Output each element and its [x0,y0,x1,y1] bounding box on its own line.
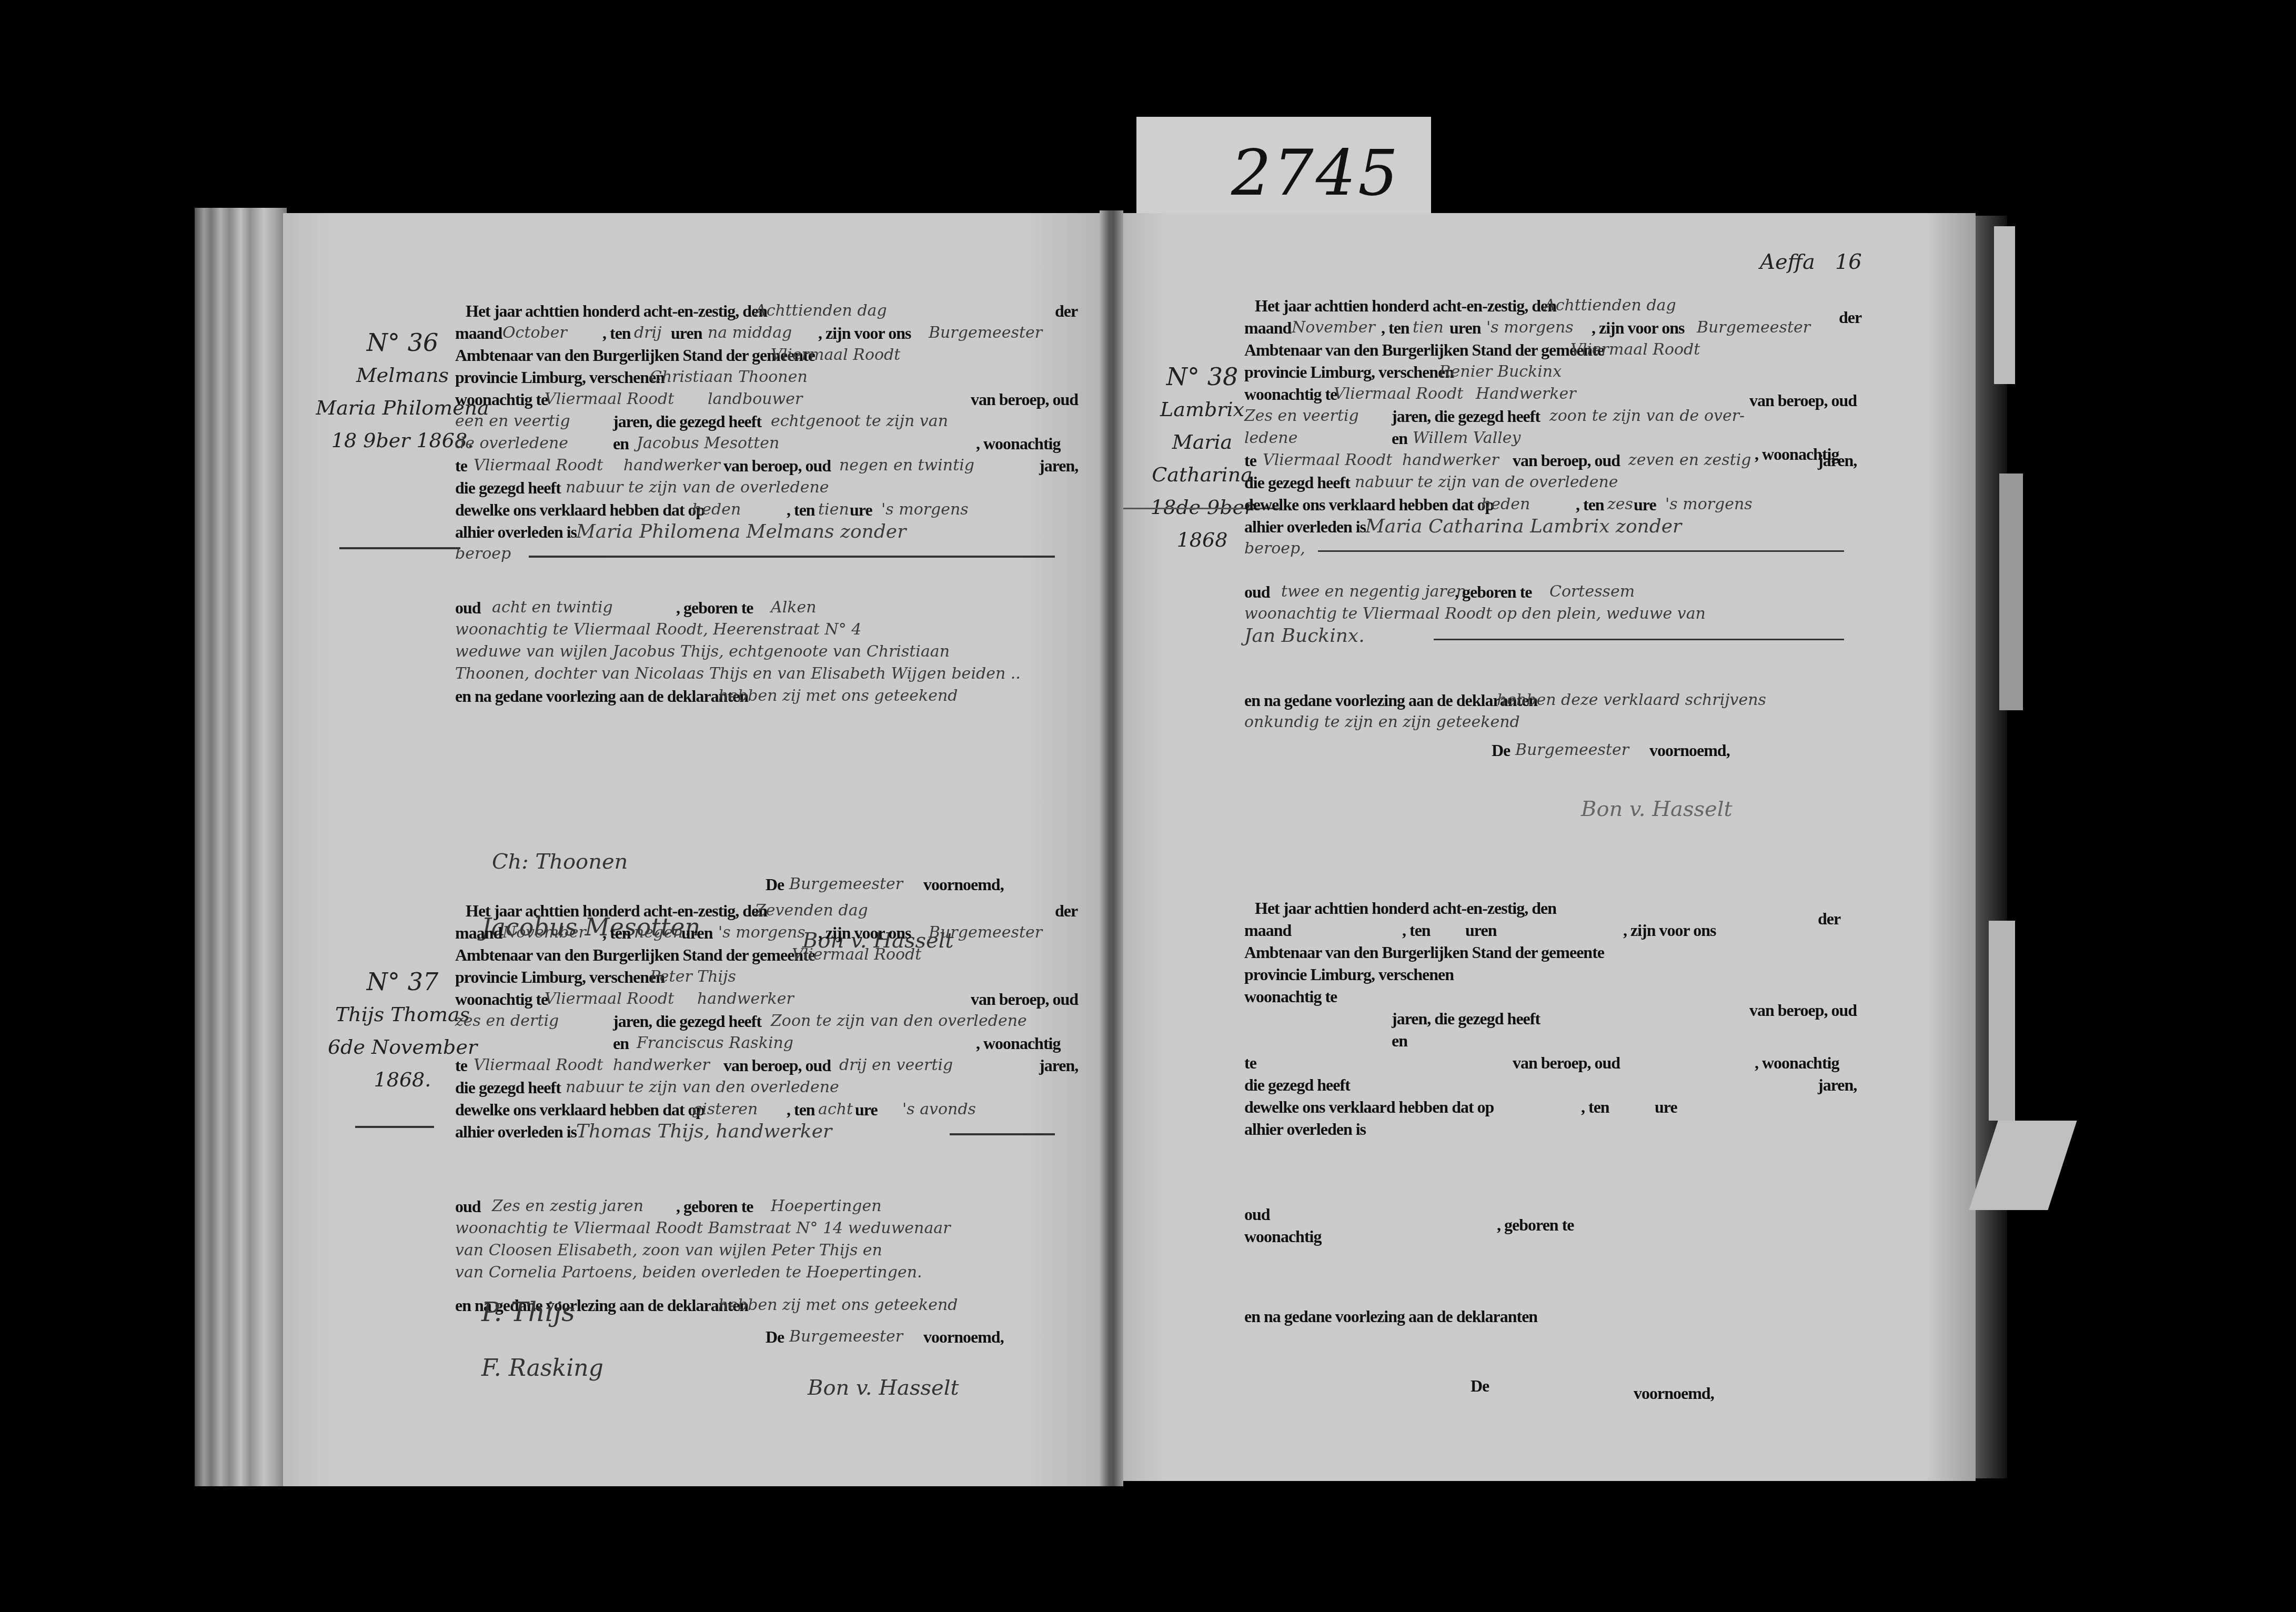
printed-text: , ten [1576,493,1604,516]
printed-text: alhier overleden is [455,1121,577,1143]
folio-number: 16 [1835,250,1862,274]
printed-text: Het jaar achttien honderd acht-en-zestig… [1255,897,1556,919]
relation-field: echtgenoot te zijn van [771,410,948,432]
death-day-field: heden [1481,493,1530,516]
printed-text: , zijn voor ons [818,922,911,944]
declarant1-field: Peter Thijs [650,966,736,988]
printed-text: , ten [602,322,631,344]
deceased-age-field: acht en twintig [492,597,613,619]
printed-text: maand [455,322,502,344]
printed-text: De [1492,739,1510,761]
printed-text: die gezegd heeft [455,1076,561,1099]
printed-text: en na gedane voorlezing aan de deklarant… [455,685,748,707]
torn-paper-edge [1994,226,2015,384]
record-37: Het jaar achttien honderd acht-en-zestig… [455,900,1076,1316]
printed-text: ure [855,1099,878,1121]
day-field: Achttienden dag [1544,295,1676,317]
age-field: Zes en veertig [1244,405,1359,427]
printed-text: , ten [787,499,815,521]
printed-text: der [1839,306,1861,328]
printed-text: dewelke ons verklaard hebben dat op [1244,1096,1494,1118]
record-38: Het jaar achttien honderd acht-en-zestig… [1244,295,1855,733]
signing-note-cont-field: onkundig te zijn en zijn geteekend [1244,711,1520,733]
death-day-field: heden [692,499,741,521]
time-of-day-field: 's morgens [718,922,805,944]
printed-text: De [1471,1375,1489,1397]
printed-text: , ten [787,1099,815,1121]
printed-text: van beroep, oud [723,455,831,477]
printed-text: dewelke ons verklaard hebben dat op [455,1099,704,1121]
printed-text: ure [1655,1096,1677,1118]
printed-text: dewelke ons verklaard hebben dat op [1244,493,1494,516]
hour-field: negen [634,922,683,944]
printed-text: te [1244,1052,1256,1074]
printed-text: Ambtenaar van den Burgerlijken Stand der… [1244,339,1604,361]
printed-text: provincie Limburg, verschenen [1244,361,1454,383]
official-field: Burgemeester [929,322,1042,344]
printed-text: van beroep, oud [971,988,1078,1010]
fill-line [1318,550,1844,552]
printed-text: ure [1634,493,1656,516]
printed-text: jaren, die gezegd heeft [613,410,761,432]
printed-text: , zijn voor ons [1592,317,1684,339]
printed-text: uren [681,922,712,944]
printed-text: woonachtig te [455,388,548,410]
death-hour-field: acht [818,1099,853,1121]
family-field: Thoonen, dochter van Nicolaas Thijs en v… [455,663,1021,685]
printed-text: oud [455,597,481,619]
official-field: Burgemeester [1697,317,1810,339]
printed-text: en na gedane voorlezing aan de deklarant… [1244,689,1537,711]
blank-record-form: Het jaar achttien honderd acht-en-zestig… [1244,897,1855,1397]
printed-text: Ambtenaar van den Burgerlijken Stand der… [1244,941,1604,963]
relation-field: nabuur te zijn van den overledene [566,1076,839,1099]
municipality-field: Vliermaal Roodt [771,344,900,366]
residence-field: Vliermaal Roodt [545,388,674,410]
residence-field: Vliermaal Roodt [474,1054,603,1076]
printed-text: jaren, [1818,1074,1857,1096]
printed-text: voornoemd, [923,873,1004,895]
day-field: Zevenden dag [755,900,868,922]
signing-note-field: hebben zij met ons geteekend [718,685,958,707]
municipality-field: Vliermaal Roodt [792,944,921,966]
printed-text: van beroep, oud [723,1054,831,1076]
death-time-field: 's avonds [902,1099,976,1121]
printed-text: die gezegd heeft [455,477,561,499]
printed-text: alhier overleden is [455,521,577,543]
signing-note-field: hebben deze verklaard schrijvens [1497,689,1766,711]
left-page: N° 36 Melmans Maria Philomena 18 9ber 18… [281,213,1102,1486]
month-field: November [502,922,586,944]
printed-text: , geboren te [1455,581,1532,603]
printed-text: en na gedane voorlezing aan de deklarant… [1244,1305,1537,1327]
printed-text: jaren, [1039,1054,1078,1076]
printed-text: maand [455,922,502,944]
printed-text: jaren, [1039,455,1078,477]
declarant2-field: Willem Valley [1413,427,1521,449]
deceased-residence-field: woonachtig te Vliermaal Roodt op den ple… [1244,603,1706,625]
printed-text: ure [850,499,872,521]
printed-text: en [1392,1030,1407,1052]
printed-text: jaren, die gezegd heeft [1392,405,1540,427]
printed-text: dewelke ons verklaard hebben dat op [455,499,704,521]
deceased-name-field: Maria Catharina Lambrix zonder [1365,516,1681,538]
relation-cont-field: de overledene [455,432,568,455]
printed-text: alhier overleden is [1244,1118,1366,1140]
torn-paper-edge [1989,921,2015,1121]
printed-text: van beroep, oud [1513,1052,1620,1074]
archive-number: 2745 [1231,137,1400,210]
signature-mayor: Bon v. Hasselt [808,1376,959,1400]
margin-underline [339,547,460,549]
deceased-age-field: Zes en zestig jaren [492,1195,643,1217]
deceased-name-field: Thomas Thijs, handwerker [576,1121,832,1143]
printed-text: , geboren te [676,597,753,619]
relation-field: zoon te zijn van de over- [1549,405,1745,427]
printed-text: woonachtig te [1244,985,1337,1007]
declarant2-field: Jacobus Mesotten [637,432,779,455]
hour-field: drij [634,322,661,344]
time-of-day-field: 's morgens [1486,317,1574,339]
mayor-title-field: Burgemeester [1515,739,1629,761]
printed-text: der [1055,900,1077,922]
family-field: weduwe van wijlen Jacobus Thijs, echtgen… [455,641,950,663]
relation-field: nabuur te zijn van de overledene [566,477,829,499]
municipality-field: Vliermaal Roodt [1570,339,1700,361]
occupation-field: handwerker [623,455,720,477]
printed-text: jaren, die gezegd heeft [1392,1007,1540,1030]
relation-cont-field: ledene [1244,427,1297,449]
signing-note-field: hebben zij met ons geteekend [718,1294,958,1316]
folio-initials: Aeffa [1760,250,1815,274]
printed-text: woonachtig te [455,988,548,1010]
fill-line [1434,639,1844,640]
printed-text: Ambtenaar van den Burgerlijken Stand der… [455,944,815,966]
death-time-field: 's morgens [881,499,969,521]
printed-text: De [766,873,784,895]
margin-rule [281,213,283,1486]
book-gutter [1100,210,1123,1486]
printed-text: Ambtenaar van den Burgerlijken Stand der… [455,344,815,366]
printed-text: Het jaar achttien honderd acht-en-zestig… [466,900,767,922]
microfilm-scan: 2745 N° 36 Melmans Maria Philomena 18 9b… [0,0,2296,1612]
mayor-title-field: Burgemeester [789,1326,903,1348]
occupation-field: Handwerker [1476,383,1576,405]
occupation-field: landbouwer [708,388,802,410]
deceased-residence-field: woonachtig te Vliermaal Roodt, Heerenstr… [455,619,861,641]
record-36: Het jaar achttien honderd acht-en-zestig… [455,300,1076,707]
family-field: van Cloosen Elisabeth, zoon van wijlen P… [455,1240,882,1262]
page-edges [195,208,287,1486]
birthplace-field: Cortessem [1549,581,1635,603]
residence-field: Vliermaal Roodt [1334,383,1463,405]
family-field: Jan Buckinx. [1244,625,1365,647]
torn-paper-edge [1999,473,2023,710]
printed-text: die gezegd heeft [1244,1074,1350,1096]
printed-text: , zijn voor ons [818,322,911,344]
right-page: Aeffa 16 N° 38 Lambrix Maria Catharina 1… [1123,213,1976,1481]
family-field: van Cornelia Partoens, beiden overleden … [455,1262,922,1284]
printed-text: en [613,432,629,455]
printed-text: der [1055,300,1077,322]
printed-text: maand [1244,919,1291,941]
relation-field: nabuur te zijn van de overledene [1355,471,1618,493]
day-field: Achttienden dag [755,300,887,322]
printed-text: provincie Limburg, verschenen [455,366,664,388]
folio-mark: Aeffa 16 [1760,250,1862,274]
printed-text: uren [671,322,702,344]
death-hour-field: tien [818,499,849,521]
age-field: negen en twintig [839,455,974,477]
fill-line [529,556,1055,558]
printed-text: , zijn voor ons [1623,919,1716,941]
signature-declarant1: P. Thijs [481,1297,575,1327]
printed-text: provincie Limburg, verschenen [1244,963,1454,985]
printed-text: voornoemd, [1634,1382,1714,1404]
printed-text: van beroep, oud [1749,389,1857,411]
occupation-field: handwerker [1402,449,1499,471]
relation-field: Zoon te zijn van den overledene [771,1010,1027,1032]
month-field: October [502,322,567,344]
printed-text: , geboren te [676,1195,753,1217]
age-field: zeven en zestig [1628,449,1751,471]
printed-text: voornoemd, [1649,739,1730,761]
printed-text: oud [1244,1203,1270,1225]
fill-line [950,1133,1055,1135]
printed-text: die gezegd heeft [1244,471,1350,493]
residence-field: Vliermaal Roodt [1263,449,1392,471]
residence-field: Vliermaal Roodt [545,988,674,1010]
printed-text: , ten [602,922,631,944]
page-edge-right [1976,216,2007,1478]
declarant2-field: Franciscus Rasking [637,1032,793,1054]
mayor-title-field: Burgemeester [789,873,903,895]
printed-text: provincie Limburg, verschenen [455,966,664,988]
printed-text: uren [1465,919,1496,941]
printed-text: jaren, die gezegd heeft [613,1010,761,1032]
printed-text: oud [455,1195,481,1217]
printed-text: jaren, [1818,449,1857,471]
printed-text: alhier overleden is [1244,516,1366,538]
signature-declarant2: F. Rasking [481,1355,603,1382]
printed-text: uren [1449,317,1481,339]
printed-text: en [1392,427,1407,449]
age-field: een en veertig [455,410,570,432]
margin-underline [355,1126,434,1128]
printed-text: voornoemd, [923,1326,1004,1348]
declarant1-field: Christiaan Thoonen [650,366,808,388]
birthplace-field: Hoepertingen [771,1195,882,1217]
printed-text: maand [1244,317,1291,339]
printed-text: , woonachtig [1755,1052,1839,1074]
time-of-day-field: na middag [708,322,792,344]
printed-text: , woonachtig [976,432,1060,455]
printed-text: woonachtig te [1244,383,1337,405]
deceased-cont-field: beroep [455,543,511,565]
month-field: November [1292,317,1375,339]
residence-field: Vliermaal Roodt [474,455,603,477]
age-field: drij en veertig [839,1054,953,1076]
printed-text: te [455,1054,467,1076]
birthplace-field: Alken [771,597,817,619]
printed-text: De [766,1326,784,1348]
declarant1-field: Renier Buckinx [1439,361,1562,383]
hour-field: tien [1413,317,1444,339]
occupation-field: handwerker [613,1054,710,1076]
deceased-age-field: twee en negentig jaren [1281,581,1466,603]
printed-text: , ten [1581,1096,1609,1118]
age-field: zes en dertig [455,1010,559,1032]
deceased-residence-field: woonachtig te Vliermaal Roodt Bamstraat … [455,1217,951,1240]
printed-text: , ten [1402,919,1431,941]
occupation-field: handwerker [697,988,794,1010]
signature-mayor: Bon v. Hasselt [1581,797,1733,821]
printed-text: Het jaar achttien honderd acht-en-zestig… [1255,295,1556,317]
printed-text: , ten [1381,317,1409,339]
printed-text: te [455,455,467,477]
printed-text: van beroep, oud [1513,449,1620,471]
printed-text: woonachtig [1244,1225,1321,1247]
printed-text: Het jaar achttien honderd acht-en-zestig… [466,300,767,322]
death-day-field: gisteren [692,1099,758,1121]
deceased-name-field: Maria Philomena Melmans zonder [576,521,906,543]
printed-text: , woonachtig [976,1032,1060,1054]
death-time-field: 's morgens [1665,493,1753,516]
signature-declarant1: Ch: Thoonen [492,850,628,874]
printed-text: oud [1244,581,1270,603]
printed-text: te [1244,449,1256,471]
printed-text: van beroep, oud [971,388,1078,410]
official-field: Burgemeester [929,922,1042,944]
deceased-cont-field: beroep, [1244,538,1305,560]
printed-text: en [613,1032,629,1054]
death-hour-field: zes [1607,493,1633,516]
